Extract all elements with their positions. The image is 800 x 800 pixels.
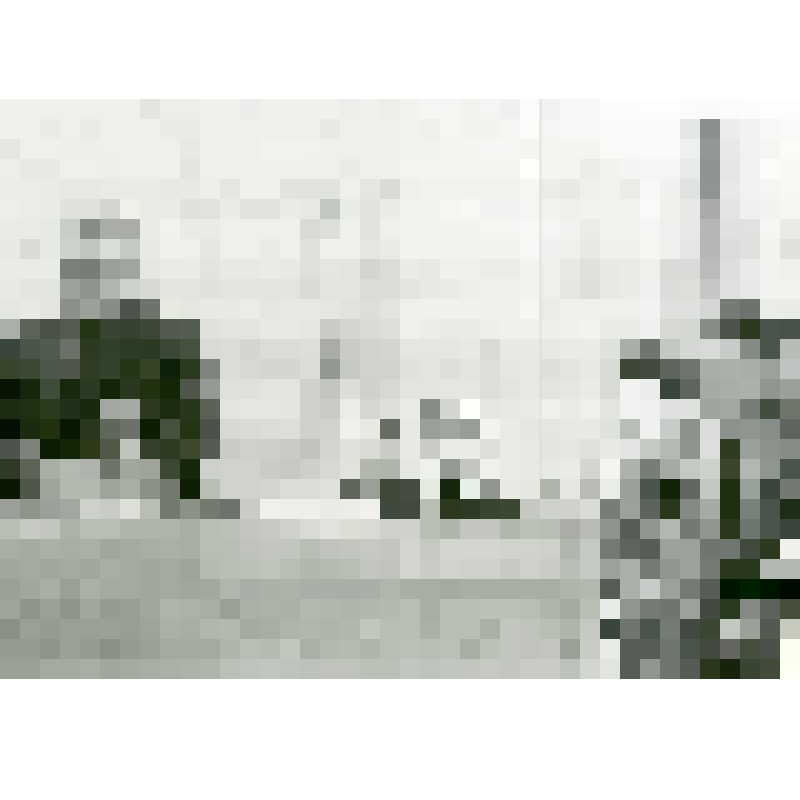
- screenshot-root: [0, 0, 800, 800]
- pixelated-photo: [0, 99, 800, 679]
